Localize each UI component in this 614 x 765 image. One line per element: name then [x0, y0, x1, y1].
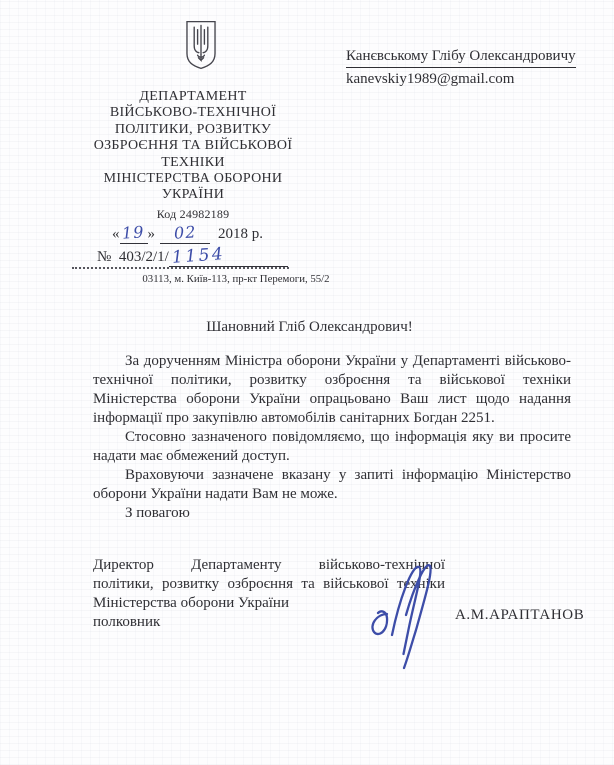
recipient-block: Канєвському Глібу Олександровичу kanevsk… [346, 47, 576, 89]
handwritten-ref-number: 1154 [171, 244, 226, 268]
org-line: ОЗБРОЄННЯ ТА ВІЙСЬКОВОЇ [33, 138, 353, 154]
org-line: МІНІСТЕРСТВА ОБОРОНИ [33, 171, 353, 187]
letter-body: Шановний Гліб Олександрович! За дорученн… [93, 318, 571, 523]
handwritten-day: 19 [122, 222, 146, 243]
sender-org-block: ДЕПАРТАМЕНТ ВІЙСЬКОВО-ТЕХНІЧНОЇ ПОЛІТИКИ… [33, 89, 353, 222]
org-line: УКРАЇНИ [33, 187, 353, 203]
body-paragraph: Враховуючи зазначене вказану у запиті ін… [93, 466, 571, 504]
handwritten-month: 02 [173, 222, 197, 243]
ukraine-trident-emblem-icon [184, 19, 218, 71]
ref-number-field: 1154 [169, 246, 288, 267]
org-line: ДЕПАРТАМЕНТ [33, 89, 353, 105]
date-month-field: 02 [160, 223, 210, 244]
salutation: Шановний Гліб Олександрович! [93, 318, 571, 337]
tear-off-divider [72, 267, 289, 269]
closing-phrase: З повагою [93, 504, 571, 523]
handwritten-signature-icon [366, 557, 440, 671]
org-line: ВІЙСЬКОВО-ТЕХНІЧНОЇ [33, 105, 353, 121]
signer-name: А.М.АРАПТАНОВ [455, 607, 584, 624]
ref-printed: 403/2/1/ [119, 249, 169, 265]
recipient-name: Канєвському Глібу Олександровичу [346, 47, 576, 68]
quote-close: » [148, 226, 156, 242]
sender-address: 03113, м. Київ-113, пр-кт Перемоги, 55/2 [100, 273, 372, 285]
org-line: ПОЛІТИКИ, РОЗВИТКУ [33, 122, 353, 138]
quote-open: « [112, 226, 120, 242]
reference-number-line: № 403/2/1/1154 [97, 246, 288, 267]
scanned-letter-page: Канєвському Глібу Олександровичу kanevsk… [0, 0, 614, 765]
date-day-field: 19 [120, 223, 148, 244]
date-line: «19»022018 р. [112, 223, 263, 244]
org-line: ТЕХНІКИ [33, 155, 353, 171]
body-paragraph: Стосовно зазначеного повідомляємо, що ін… [93, 428, 571, 466]
body-paragraph: За дорученням Міністра оборони України у… [93, 352, 571, 428]
number-sign: № [97, 249, 111, 265]
recipient-email: kanevskiy1989@gmail.com [346, 70, 576, 89]
date-year: 2018 р. [218, 226, 263, 242]
org-code: Код 24982189 [33, 206, 353, 222]
